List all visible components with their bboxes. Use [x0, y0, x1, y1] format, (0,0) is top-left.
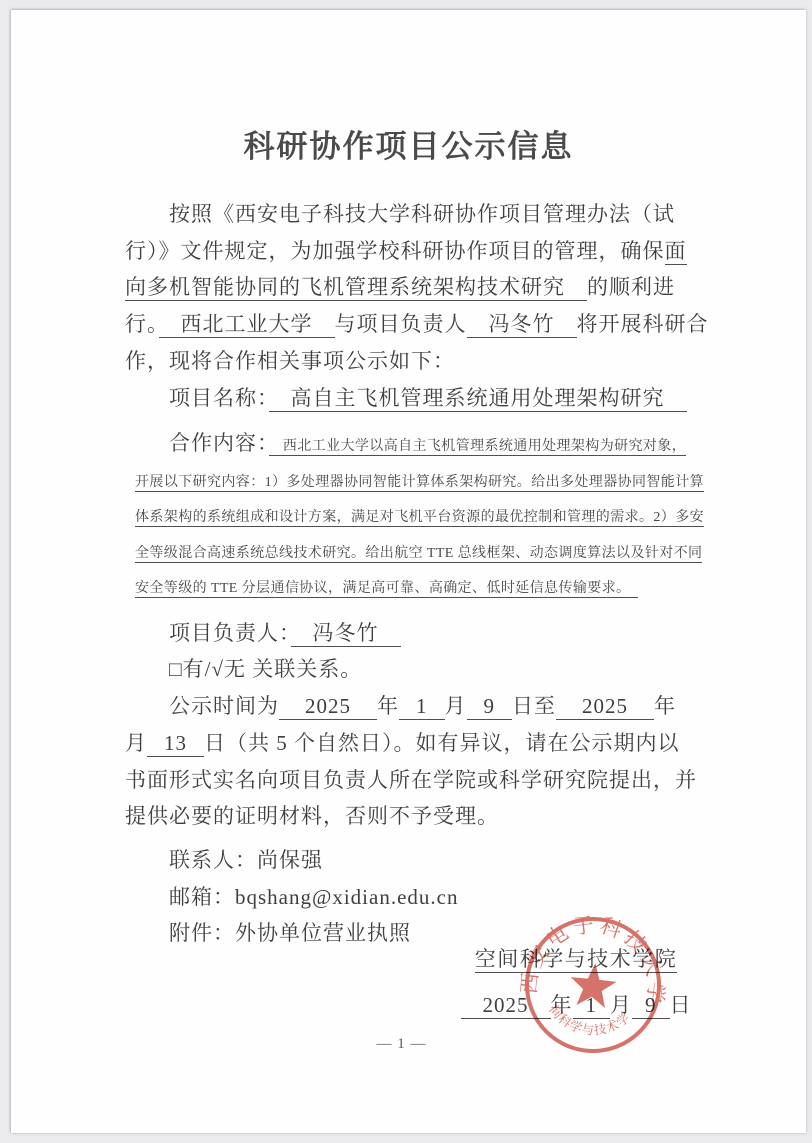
paragraph-line: 行）》文件规定，为加强学校科研协作项目的管理，确保面 [125, 233, 725, 270]
paragraph-line: 按照《西安电子科技大学科研协作项目管理办法（试 [125, 196, 725, 233]
coop-text: 西北工业大学以高自主飞机管理系统通用处理架构为研究对象， [269, 439, 687, 456]
coop-line: 全等级混合高速系统总线技术研究。给出航空 TTE 总线框架、动态调度算法以及针对… [135, 536, 715, 572]
field-label: 合作内容： [169, 431, 269, 455]
page-title: 科研协作项目公示信息 [11, 121, 806, 166]
paragraph-line: 向多机智能协同的飞机管理系统架构技术研究 的顺利进 [125, 269, 725, 306]
relation-checkbox-line: □有/√无 关联关系。 [125, 651, 725, 688]
publicity-time-line-2: 月13日（共 5 个自然日）。如有异议，请在公示期内以 [125, 725, 725, 762]
coop-text: 体系架构的系统组成和设计方案，满足对飞机平台资源的最优控制和管理的需求。2）多安 [135, 510, 704, 527]
body-text: 与项目负责人 [335, 312, 467, 336]
signature-block: 空间科学与技术学院 2025年1月9日 [456, 943, 696, 1019]
contact-line: 联系人：尚保强 [125, 842, 725, 879]
paragraph-line: 行。 西北工业大学 与项目负责人 冯冬竹 将开展科研合 [125, 306, 725, 343]
body-text: 行。 [125, 312, 159, 336]
cooperation-content-block: 合作内容： 西北工业大学以高自主飞机管理系统通用处理架构为研究对象， 开展以下研… [135, 426, 715, 607]
email-line: 邮箱：bqshang@xidian.edu.cn [125, 879, 725, 916]
body-text: 按照《西安电子科技大学科研协作项目管理办法（试 [169, 202, 675, 226]
body-text: 提供必要的证明材料，否则不予受理。 [125, 804, 499, 828]
body-text: 年 [377, 694, 399, 718]
body-text: 作，现将合作相关事项公示如下： [125, 349, 455, 373]
paragraph-line: 作，现将合作相关事项公示如下： [125, 343, 725, 380]
coop-line: 安全等级的 TTE 分层通信协议，满足高可靠、高确定、低时延信息传输要求。 [135, 571, 715, 607]
body-text: 的顺利进 [587, 275, 675, 299]
body-text: 将开展科研合 [577, 312, 709, 336]
paragraph-line: 提供必要的证明材料，否则不予受理。 [125, 798, 725, 835]
paragraph-line: 书面形式实名向项目负责人所在学院或科学研究院提出，并 [125, 762, 725, 799]
filled-blank-day: 9 [467, 694, 513, 720]
filled-blank-month: 1 [399, 694, 445, 720]
project-leader-line: 项目负责人： 冯冬竹 [125, 615, 725, 652]
checkbox-text: □有/√无 关联关系。 [169, 657, 362, 681]
body-text: 行）》文件规定，为加强学校科研协作项目的管理，确保 [125, 239, 665, 263]
date-label: 月 [610, 993, 632, 1017]
scanned-notice-page: { "doc": { "title": "科研协作项目公示信息", "p1": … [0, 0, 812, 1143]
signing-department: 空间科学与技术学院 [456, 943, 696, 973]
coop-line: 体系架构的系统组成和设计方案，满足对飞机平台资源的最优控制和管理的需求。2）多安 [135, 500, 715, 536]
filled-blank-leader-name: 冯冬竹 [291, 621, 401, 647]
coop-line: 开展以下研究内容：1）多处理器协同智能计算体系架构研究。给出多处理器协同智能计算 [135, 465, 715, 501]
filled-blank-year: 2025 [279, 694, 377, 720]
body-text: 月 [125, 731, 147, 755]
project-name-line: 项目名称： 高自主飞机管理系统通用处理架构研究 [125, 380, 725, 417]
body-text: 书面形式实名向项目负责人所在学院或科学研究院提出，并 [125, 768, 697, 792]
page-number: — 1 — [11, 1036, 792, 1053]
date-year: 2025 [461, 993, 551, 1019]
field-label: 项目名称： [169, 386, 269, 410]
document-page: 科研协作项目公示信息 按照《西安电子科技大学科研协作项目管理办法（试 行）》文件… [11, 10, 806, 1133]
signature-date: 2025年1月9日 [456, 989, 696, 1019]
body-text: 月 [445, 694, 467, 718]
body-text: 年 [654, 694, 676, 718]
filled-blank-partner-university: 西北工业大学 [159, 312, 335, 338]
attachment-text: 附件：外协单位营业执照 [169, 921, 411, 945]
publicity-time-line-1: 公示时间为2025年1月9日至2025年 [125, 688, 725, 725]
filled-blank-project-topic: 向多机智能协同的飞机管理系统架构技术研究 [125, 275, 587, 301]
date-label: 年 [551, 993, 573, 1017]
body-text: 公示时间为 [169, 694, 279, 718]
document-body: 按照《西安电子科技大学科研协作项目管理办法（试 行）》文件规定，为加强学校科研协… [125, 196, 725, 952]
body-text: 日至 [512, 694, 556, 718]
date-day: 9 [632, 993, 670, 1019]
coop-text: 全等级混合高速系统总线技术研究。给出航空 TTE 总线框架、动态调度算法以及针对… [135, 546, 702, 563]
body-text: 日（共 5 个自然日）。如有异议，请在公示期内以 [204, 731, 680, 755]
filled-blank-project-name: 高自主飞机管理系统通用处理架构研究 [269, 386, 687, 412]
email-text: 邮箱：bqshang@xidian.edu.cn [169, 885, 458, 909]
filled-blank: 面 [665, 239, 687, 265]
contact-text: 联系人：尚保强 [169, 848, 323, 872]
field-label: 项目负责人： [169, 621, 291, 645]
filled-blank-day: 13 [147, 731, 204, 757]
coop-text: 安全等级的 TTE 分层通信协议，满足高可靠、高确定、低时延信息传输要求。 [135, 581, 638, 598]
filled-blank-year: 2025 [556, 694, 654, 720]
date-month: 1 [573, 993, 611, 1019]
date-label: 日 [670, 993, 692, 1017]
coop-line: 合作内容： 西北工业大学以高自主飞机管理系统通用处理架构为研究对象， [135, 426, 715, 465]
filled-blank-leader-name: 冯冬竹 [467, 312, 577, 338]
coop-text: 开展以下研究内容：1）多处理器协同智能计算体系架构研究。给出多处理器协同智能计算 [135, 475, 704, 492]
department-name: 空间科学与技术学院 [475, 947, 678, 973]
